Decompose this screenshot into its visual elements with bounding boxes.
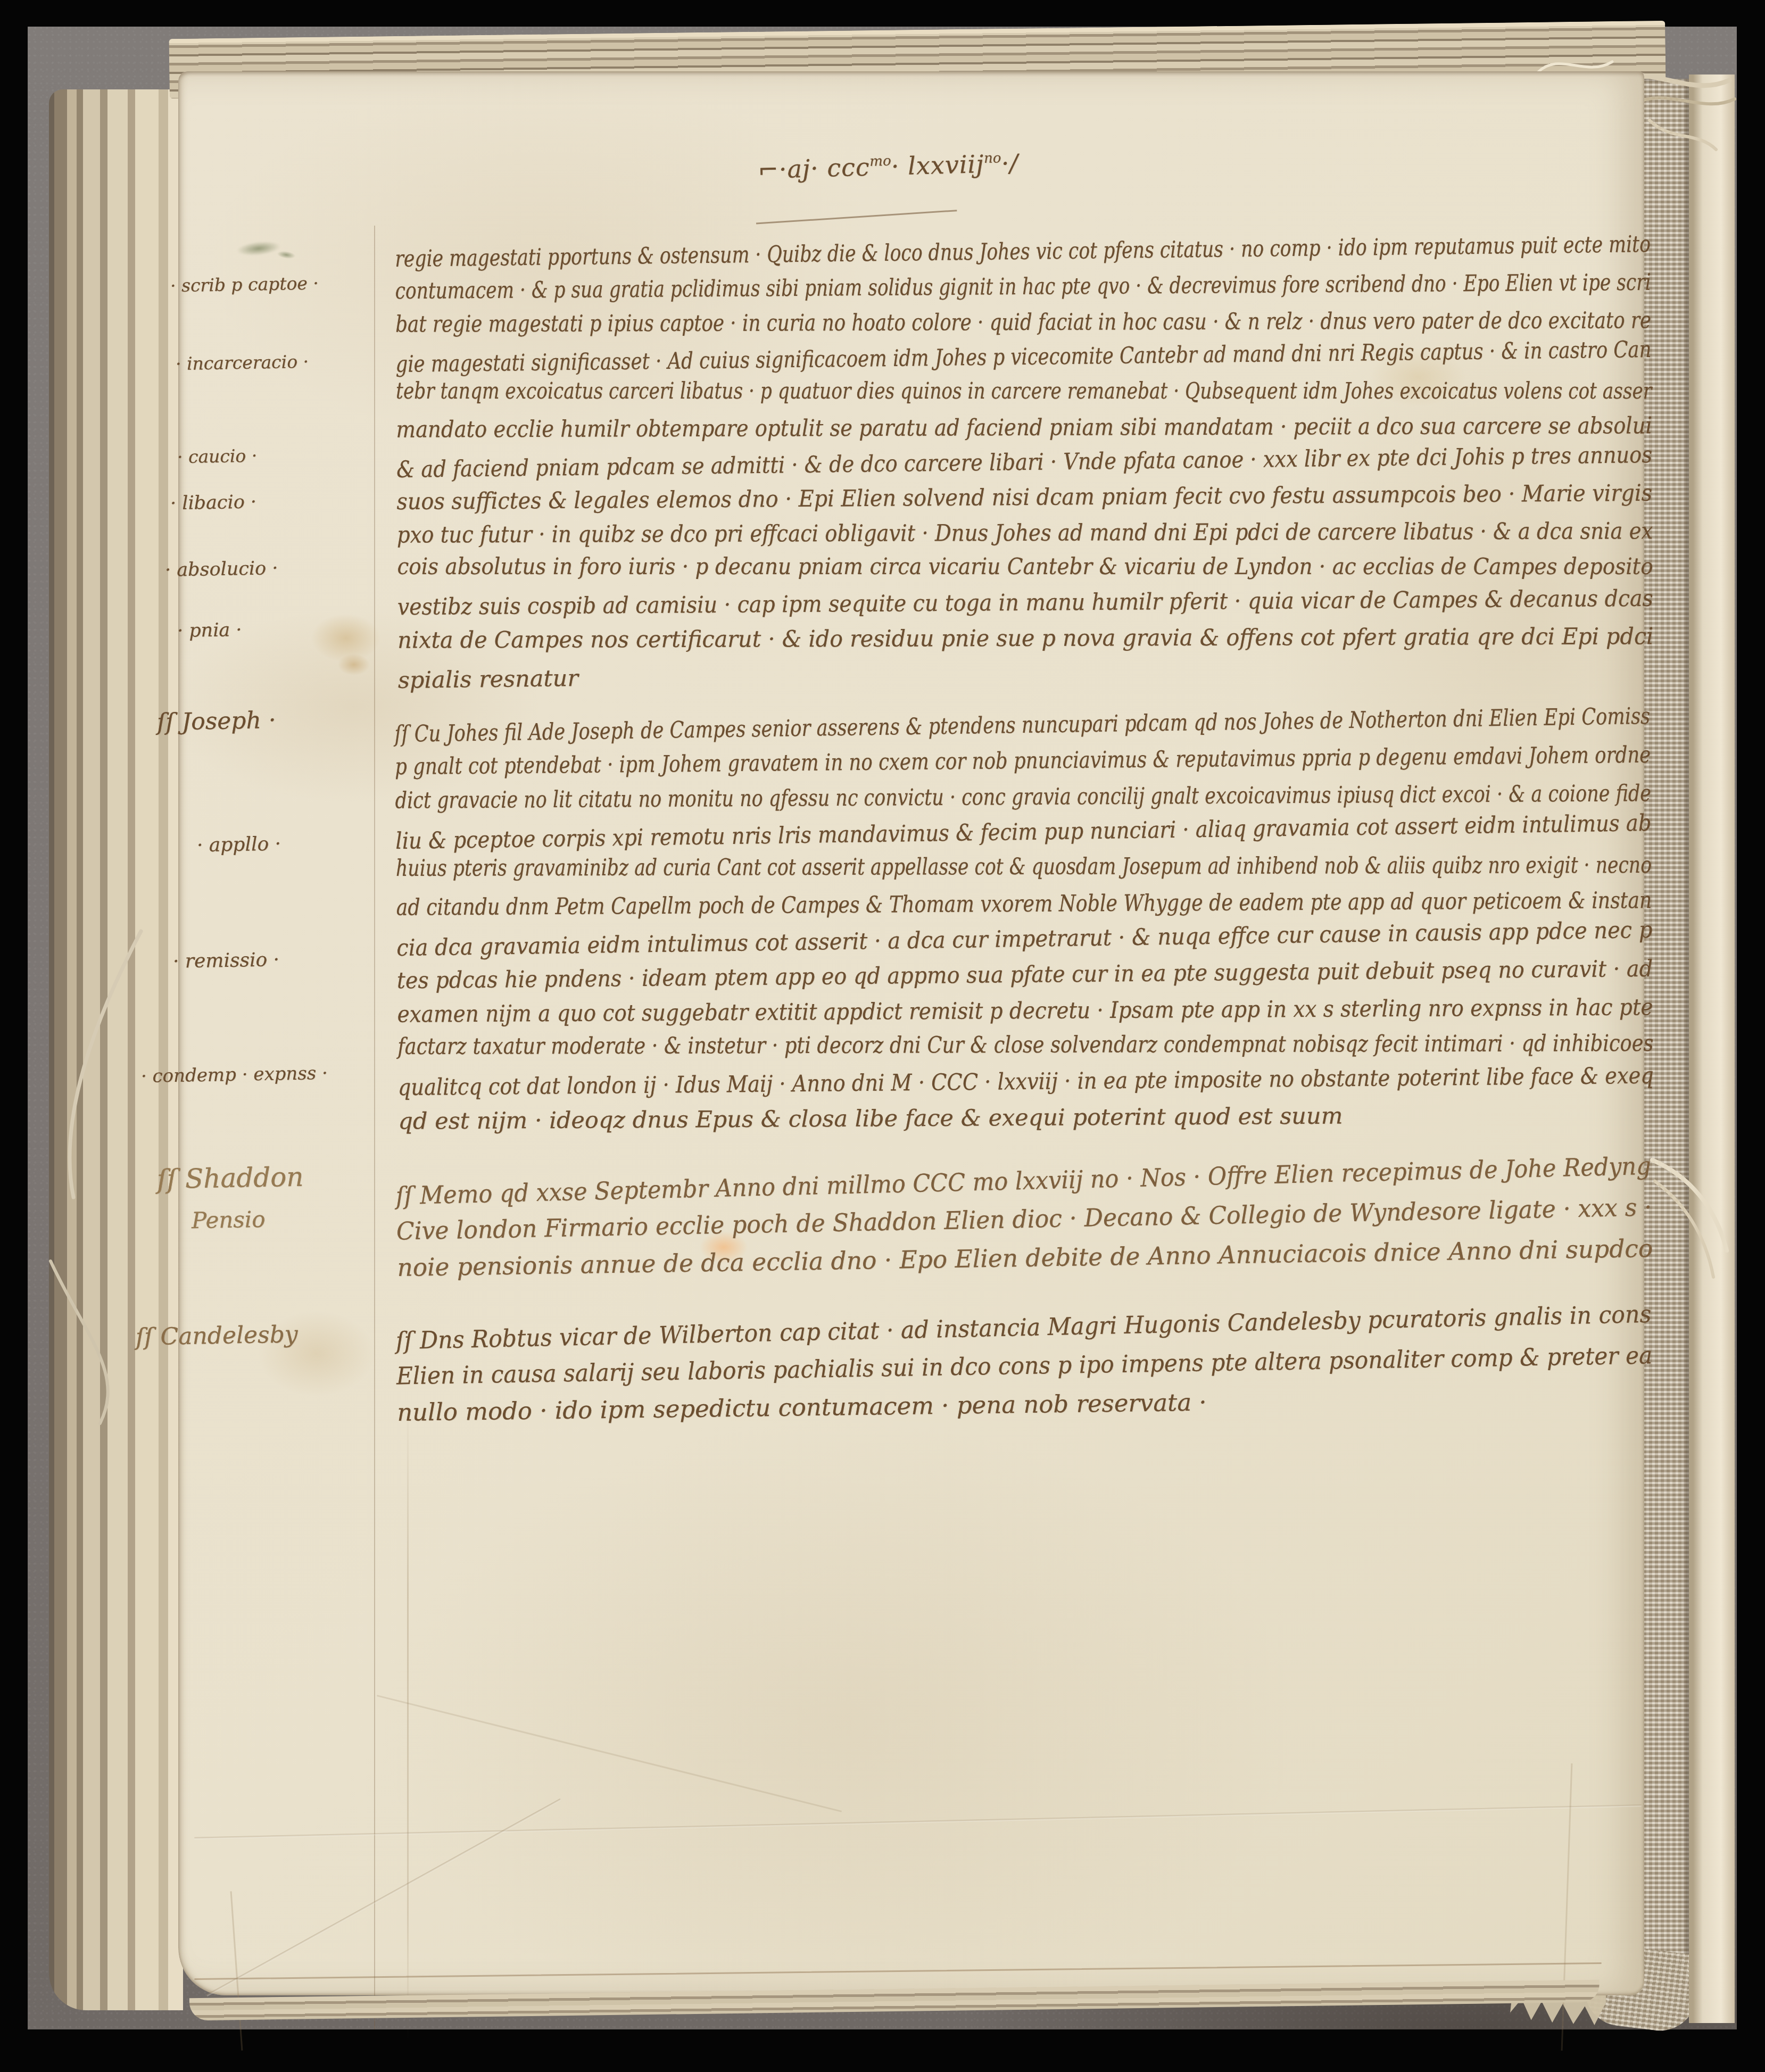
thread-tuft [1647, 1144, 1737, 1288]
folio-heading-bracket-right: / [1009, 148, 1019, 177]
body-paragraph-1: regie magestati pportuns & ostensum · Qu… [395, 234, 1654, 699]
body-paragraph-3: ſſ Memo qd xxse Septembr Anno dni millmo… [395, 1154, 1653, 1293]
crease [407, 1402, 409, 2040]
stain [338, 654, 370, 675]
margin-note-pensio: Pensio [192, 1206, 266, 1233]
folio-heading-bracket-left: ⌐· [758, 155, 788, 184]
manuscript-line: qd est nijm · ideoqz dnus Epus & closa l… [398, 1101, 1654, 1144]
margin-note-caucio: · caucio · [177, 445, 258, 468]
folio-heading: ⌐·aj· cccmo· lxxviijno·/ [758, 151, 930, 214]
margin-note-incarceracio: · incarceracio · [176, 351, 309, 374]
ruled-margin-line [374, 226, 375, 2029]
manuscript-line: vestibz suis cospib ad camisiu · cap ipm… [397, 585, 1653, 629]
margin-note-pnia: · pnia · [177, 619, 242, 642]
crease [206, 1799, 561, 1996]
margin-note-appllo: · appllo · [197, 833, 281, 857]
manuscript-line: huius pteris gravaminibz ad curia Cant c… [396, 852, 1652, 891]
folio-heading-superscript: no [984, 150, 1001, 167]
manuscript-line: cois absolutus in foro iuris · p decanu … [397, 553, 1653, 589]
manuscript-line: tebr tanqm excoicatus carceri libatus · … [396, 378, 1652, 413]
body-paragraph-2: ſſ Cu Johes fil Ade Joseph de Campes sen… [394, 706, 1654, 1146]
manuscript-line: pxo tuc futur · in quibz se dco pri effc… [397, 518, 1653, 557]
folio-heading-superscript: mo [869, 153, 891, 170]
margin-note-remissio: · remissio · [173, 949, 280, 972]
manuscript-photo: ⌐·aj· cccmo· lxxviijno·/ · scrib p capto… [0, 0, 1765, 2072]
folio-heading-text: aj· ccc [787, 153, 871, 184]
margin-note-joseph: ſſ Joseph · [157, 707, 277, 736]
page-edge-line [194, 1962, 1602, 1980]
margin-note-candelesby: ſſ Candelesby [136, 1321, 299, 1350]
ink-smudge [274, 248, 299, 261]
crease [377, 1695, 842, 1812]
margin-note-absolucio: · absolucio · [165, 558, 278, 581]
margin-note-libacio: · libacio · [170, 492, 257, 515]
folio-heading-text: · [1001, 149, 1010, 178]
folio-heading-text: · lxxviij [891, 150, 984, 181]
margin-note-condemp-expnss: · condemp · expnss · [141, 1063, 328, 1087]
adjacent-page-edge [1689, 74, 1735, 2023]
crease [194, 1804, 1641, 1839]
manuscript-line: factarz taxatur moderate · & instetur · … [397, 1030, 1653, 1069]
margin-note-shaddon: ſſ Shaddon [157, 1162, 304, 1195]
body-paragraph-4: ſſ Dns Robtus vicar de Wilberton cap cit… [395, 1303, 1653, 1438]
margin-note-scrib-p-captoe: · scrib p captoe · [170, 273, 319, 296]
